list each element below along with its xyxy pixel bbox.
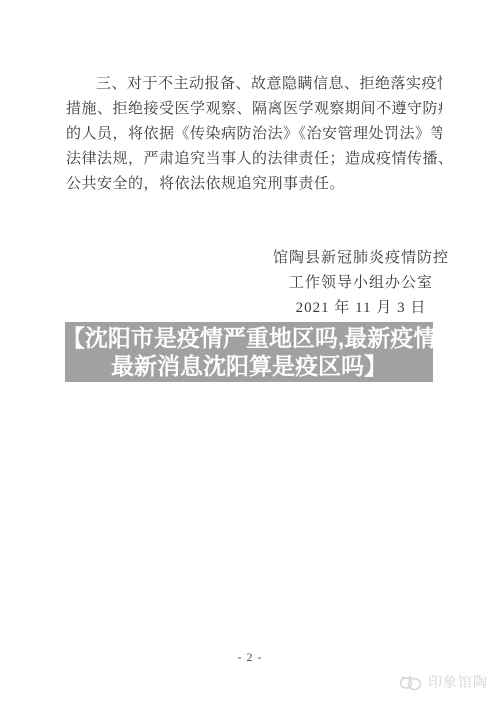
body-paragraph: 三、对于不主动报备、故意隐瞒信息、拒绝落实疫情管控 措施、拒绝接受医学观察、隔离…: [66, 72, 442, 197]
caption-title-line1: 【沈阳市是疫情严重地区吗,最新疫情: [62, 324, 436, 352]
watermark-text: 印象馆陶: [428, 672, 488, 692]
signature-org-line2: 工作领导小组办公室: [272, 271, 450, 296]
watermark: 印象馆陶: [399, 672, 488, 692]
watermark-logo-icon: [399, 674, 423, 691]
caption-overlay-band: 【沈阳市是疫情严重地区吗,最新疫情 最新消息沈阳算是疫区吗】: [65, 322, 433, 382]
paragraph-line: 三、对于不主动报备、故意隐瞒信息、拒绝落实疫情管控: [66, 72, 442, 97]
paragraph-line: 措施、拒绝接受医学观察、隔离医学观察期间不遵守防疫规定: [66, 97, 442, 122]
paragraph-line: 法律法规，严肃追究当事人的法律责任；造成疫情传播、危害: [66, 147, 442, 172]
paragraph-line: 的人员，将依据《传染病防治法》《治安管理处罚法》等相关: [66, 122, 442, 147]
caption-title-line2: 最新消息沈阳算是疫区吗】: [111, 352, 387, 380]
document-page: 三、对于不主动报备、故意隐瞒信息、拒绝落实疫情管控 措施、拒绝接受医学观察、隔离…: [0, 0, 500, 707]
paragraph-line: 公共安全的，将依法依规追究刑事责任。: [66, 172, 442, 197]
page-number: - 2 -: [0, 650, 500, 665]
signature-date: 2021 年 11 月 3 日: [272, 296, 450, 321]
signature-org-line1: 馆陶县新冠肺炎疫情防控: [272, 246, 450, 271]
signature-block: 馆陶县新冠肺炎疫情防控 工作领导小组办公室 2021 年 11 月 3 日: [272, 246, 450, 321]
